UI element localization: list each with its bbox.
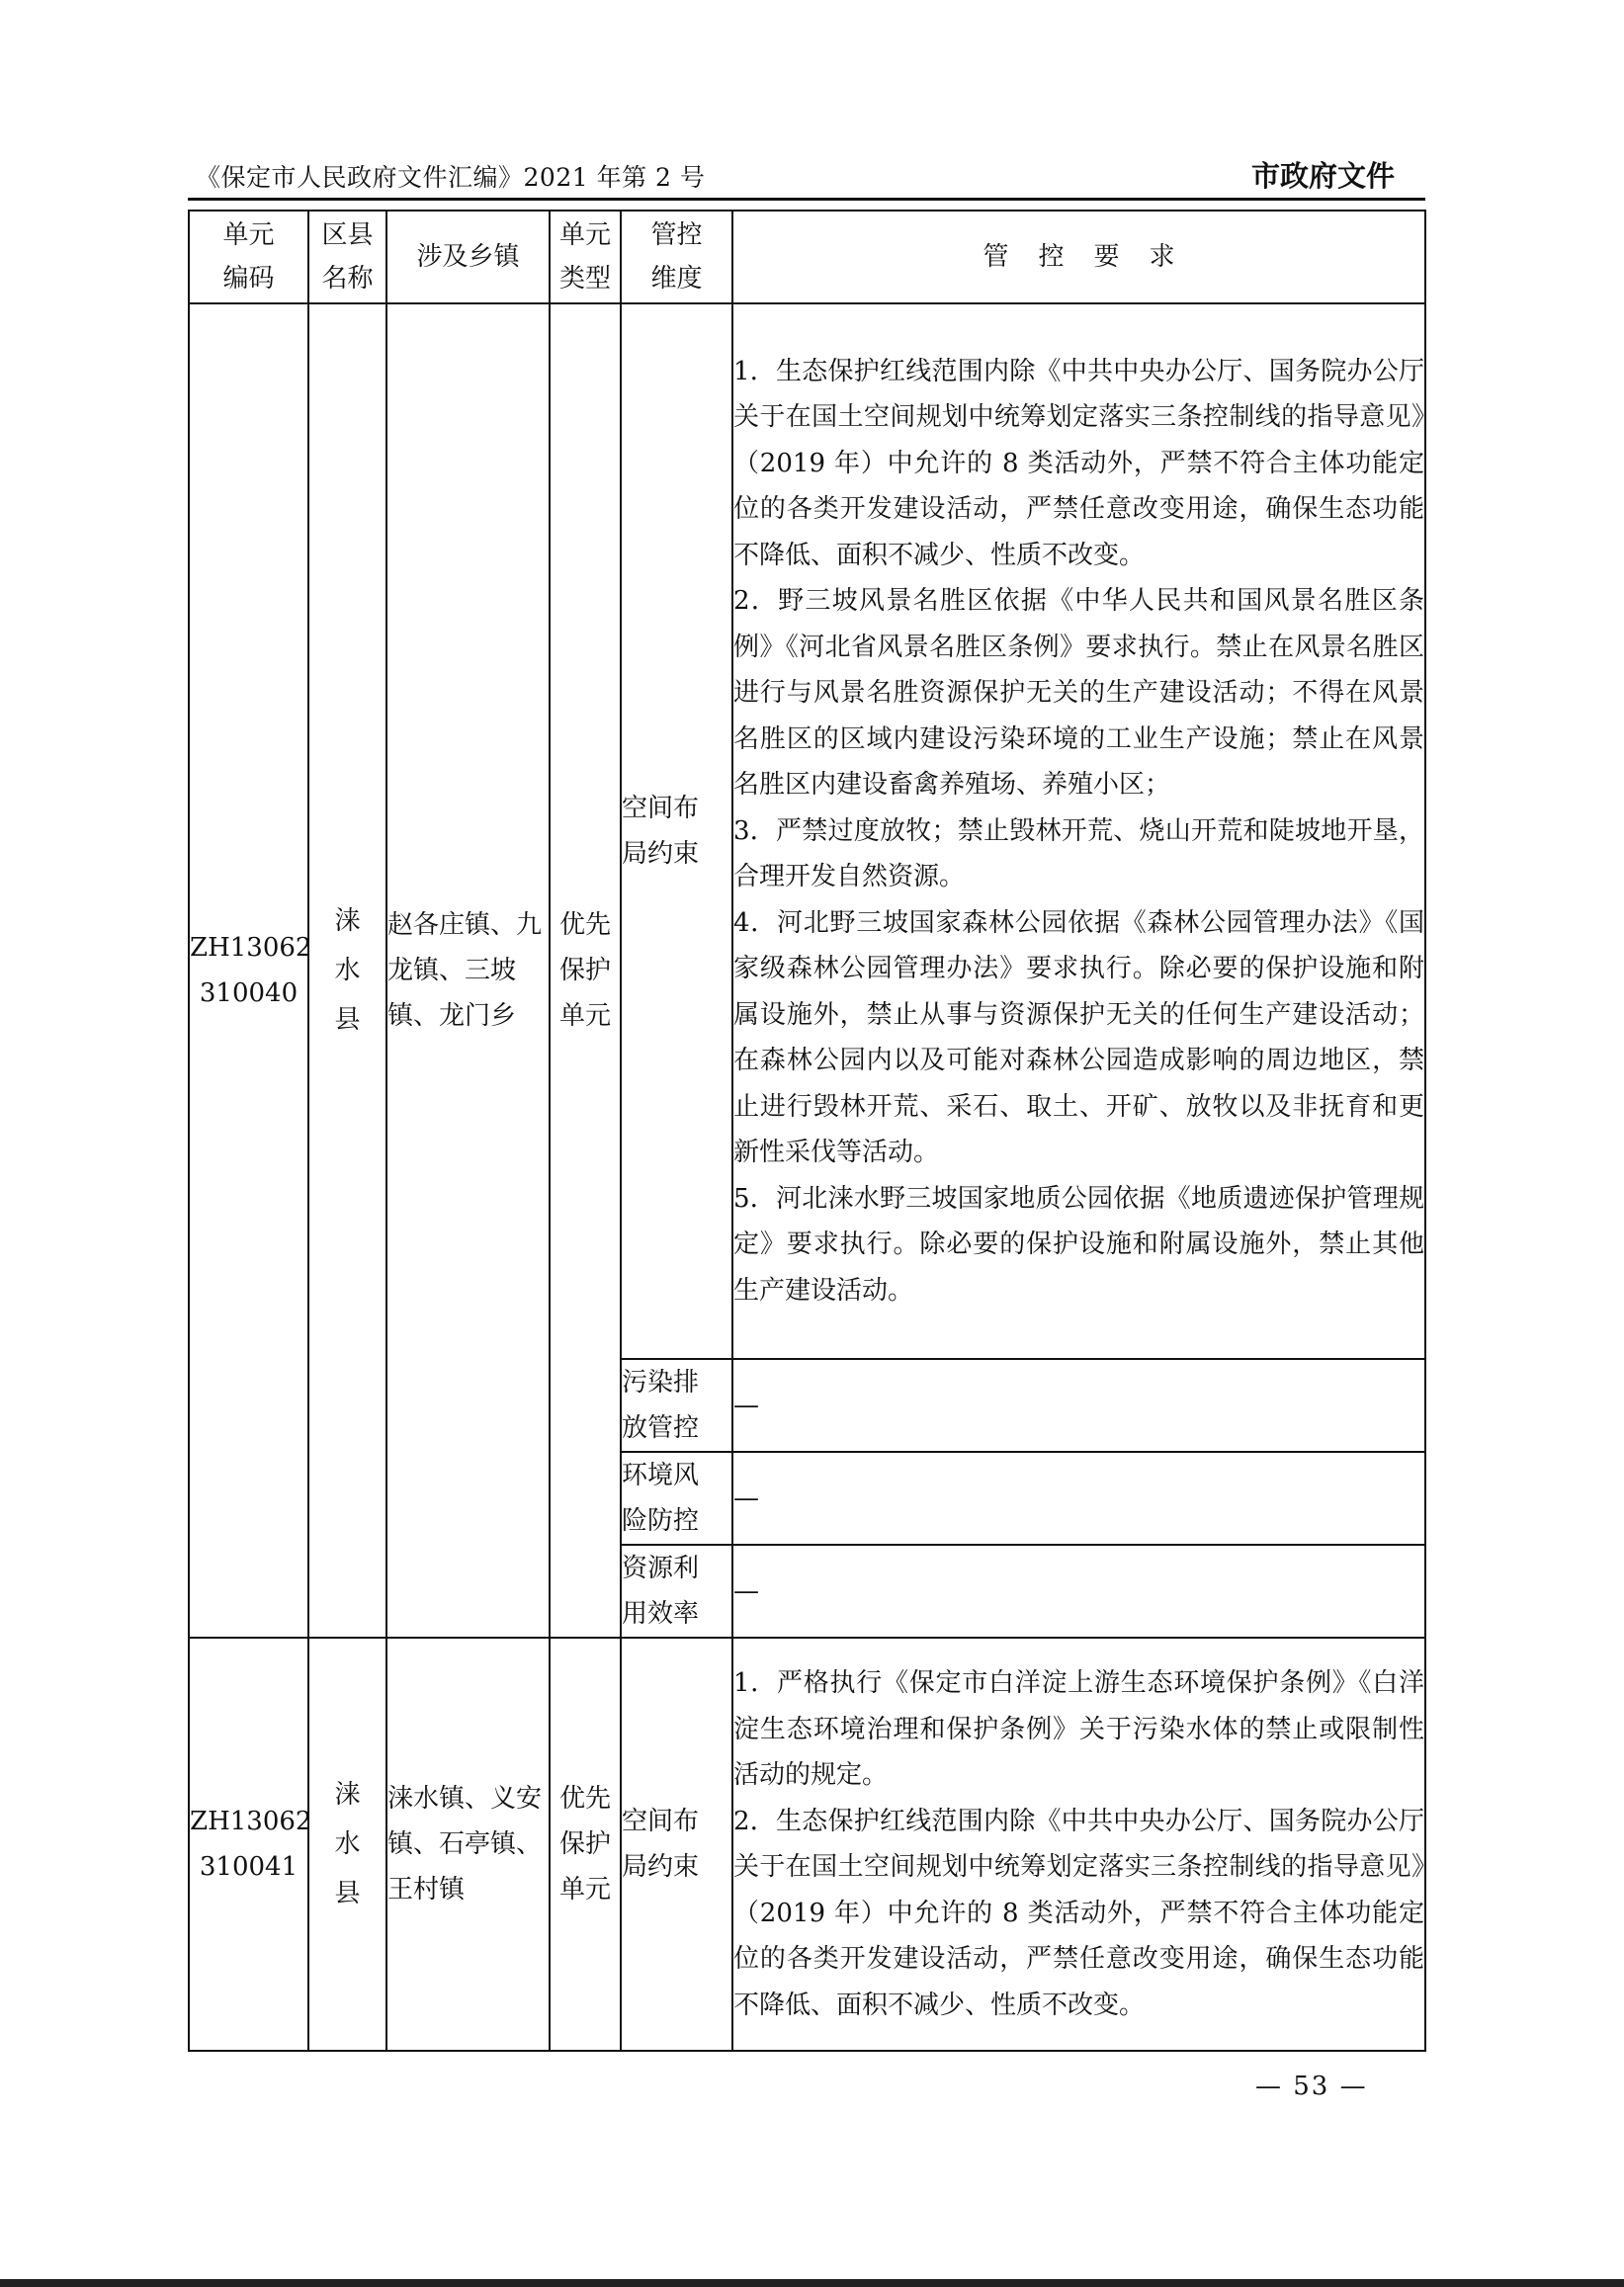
column-header-type: 单元 类型: [550, 211, 621, 303]
requirement-item: 3．严禁过度放牧；禁止毁林开荒、烧山开荒和陡坡地开垦，合理开发自然资源。: [733, 808, 1424, 900]
control-requirements-table: 单元 编码 区县 名称 涉及乡镇 单元 类型 管控 维度 管控要求 ZH1306…: [188, 210, 1426, 2052]
column-header-county: 区县 名称: [308, 211, 386, 303]
towns-cell: 赵各庄镇、九龙镇、三坡镇、龙门乡: [386, 303, 550, 1638]
table-row: ZH13062 310040 涞水县 赵各庄镇、九龙镇、三坡镇、龙门乡 优先 保…: [189, 303, 1425, 1359]
column-header-requirements: 管控要求: [732, 211, 1425, 303]
requirements-cell: —: [732, 1545, 1425, 1638]
requirement-item: 1．严格执行《保定市白洋淀上游生态环境保护条例》《白洋淀生态环境治理和保护条例》…: [733, 1660, 1424, 1799]
unit-code-cell: ZH13062 310041: [189, 1638, 308, 2051]
table-row: ZH13062 310041 涞水县 涞水镇、义安镇、石亭镇、王村镇 优先 保护…: [189, 1638, 1425, 2051]
table-header-row: 单元 编码 区县 名称 涉及乡镇 单元 类型 管控 维度 管控要求: [189, 211, 1425, 303]
requirement-item: 2．野三坡风景名胜区依据《中华人民共和国风景名胜区条例》《河北省风景名胜区条例》…: [733, 578, 1424, 808]
dimension-cell: 污染排 放管控: [621, 1359, 732, 1452]
dimension-cell: 环境风 险防控: [621, 1452, 732, 1545]
scan-edge-border: [0, 2279, 1624, 2287]
unit-type-cell: 优先 保护 单元: [550, 303, 621, 1638]
requirement-item: 4．河北野三坡国家森林公园依据《森林公园管理办法》《国家级森林公园管理办法》要求…: [733, 900, 1424, 1176]
requirements-cell: 1．生态保护红线范围内除《中共中央办公厅、国务院办公厅关于在国土空间规划中统筹划…: [732, 303, 1425, 1359]
dimension-cell: 空间布 局约束: [621, 303, 732, 1359]
column-header-towns: 涉及乡镇: [386, 211, 550, 303]
section-label: 市政府文件: [1251, 154, 1395, 195]
dimension-cell: 资源利 用效率: [621, 1545, 732, 1638]
requirement-item: 2．生态保护红线范围内除《中共中央办公厅、国务院办公厅关于在国土空间规划中统筹划…: [733, 1799, 1424, 2029]
publication-title: 《保定市人民政府文件汇编》2021 年第 2 号: [196, 158, 705, 194]
county-cell: 涞水县: [308, 1638, 386, 2051]
requirements-cell: —: [732, 1452, 1425, 1545]
unit-code-cell: ZH13062 310040: [189, 303, 308, 1638]
requirement-item: 1．生态保护红线范围内除《中共中央办公厅、国务院办公厅关于在国土空间规划中统筹划…: [733, 349, 1424, 579]
requirements-cell: 1．严格执行《保定市白洋淀上游生态环境保护条例》《白洋淀生态环境治理和保护条例》…: [732, 1638, 1425, 2051]
county-cell: 涞水县: [308, 303, 386, 1638]
column-header-dimension: 管控 维度: [621, 211, 732, 303]
header-divider: [188, 198, 1425, 201]
page-number: — 53 —: [1255, 2072, 1368, 2101]
requirements-cell: —: [732, 1359, 1425, 1452]
towns-cell: 涞水镇、义安镇、石亭镇、王村镇: [386, 1638, 550, 2051]
unit-type-cell: 优先 保护 单元: [550, 1638, 621, 2051]
column-header-code: 单元 编码: [189, 211, 308, 303]
requirement-item: 5．河北涞水野三坡国家地质公园依据《地质遗迹保护管理规定》要求执行。除必要的保护…: [733, 1176, 1424, 1314]
dimension-cell: 空间布 局约束: [621, 1638, 732, 2051]
